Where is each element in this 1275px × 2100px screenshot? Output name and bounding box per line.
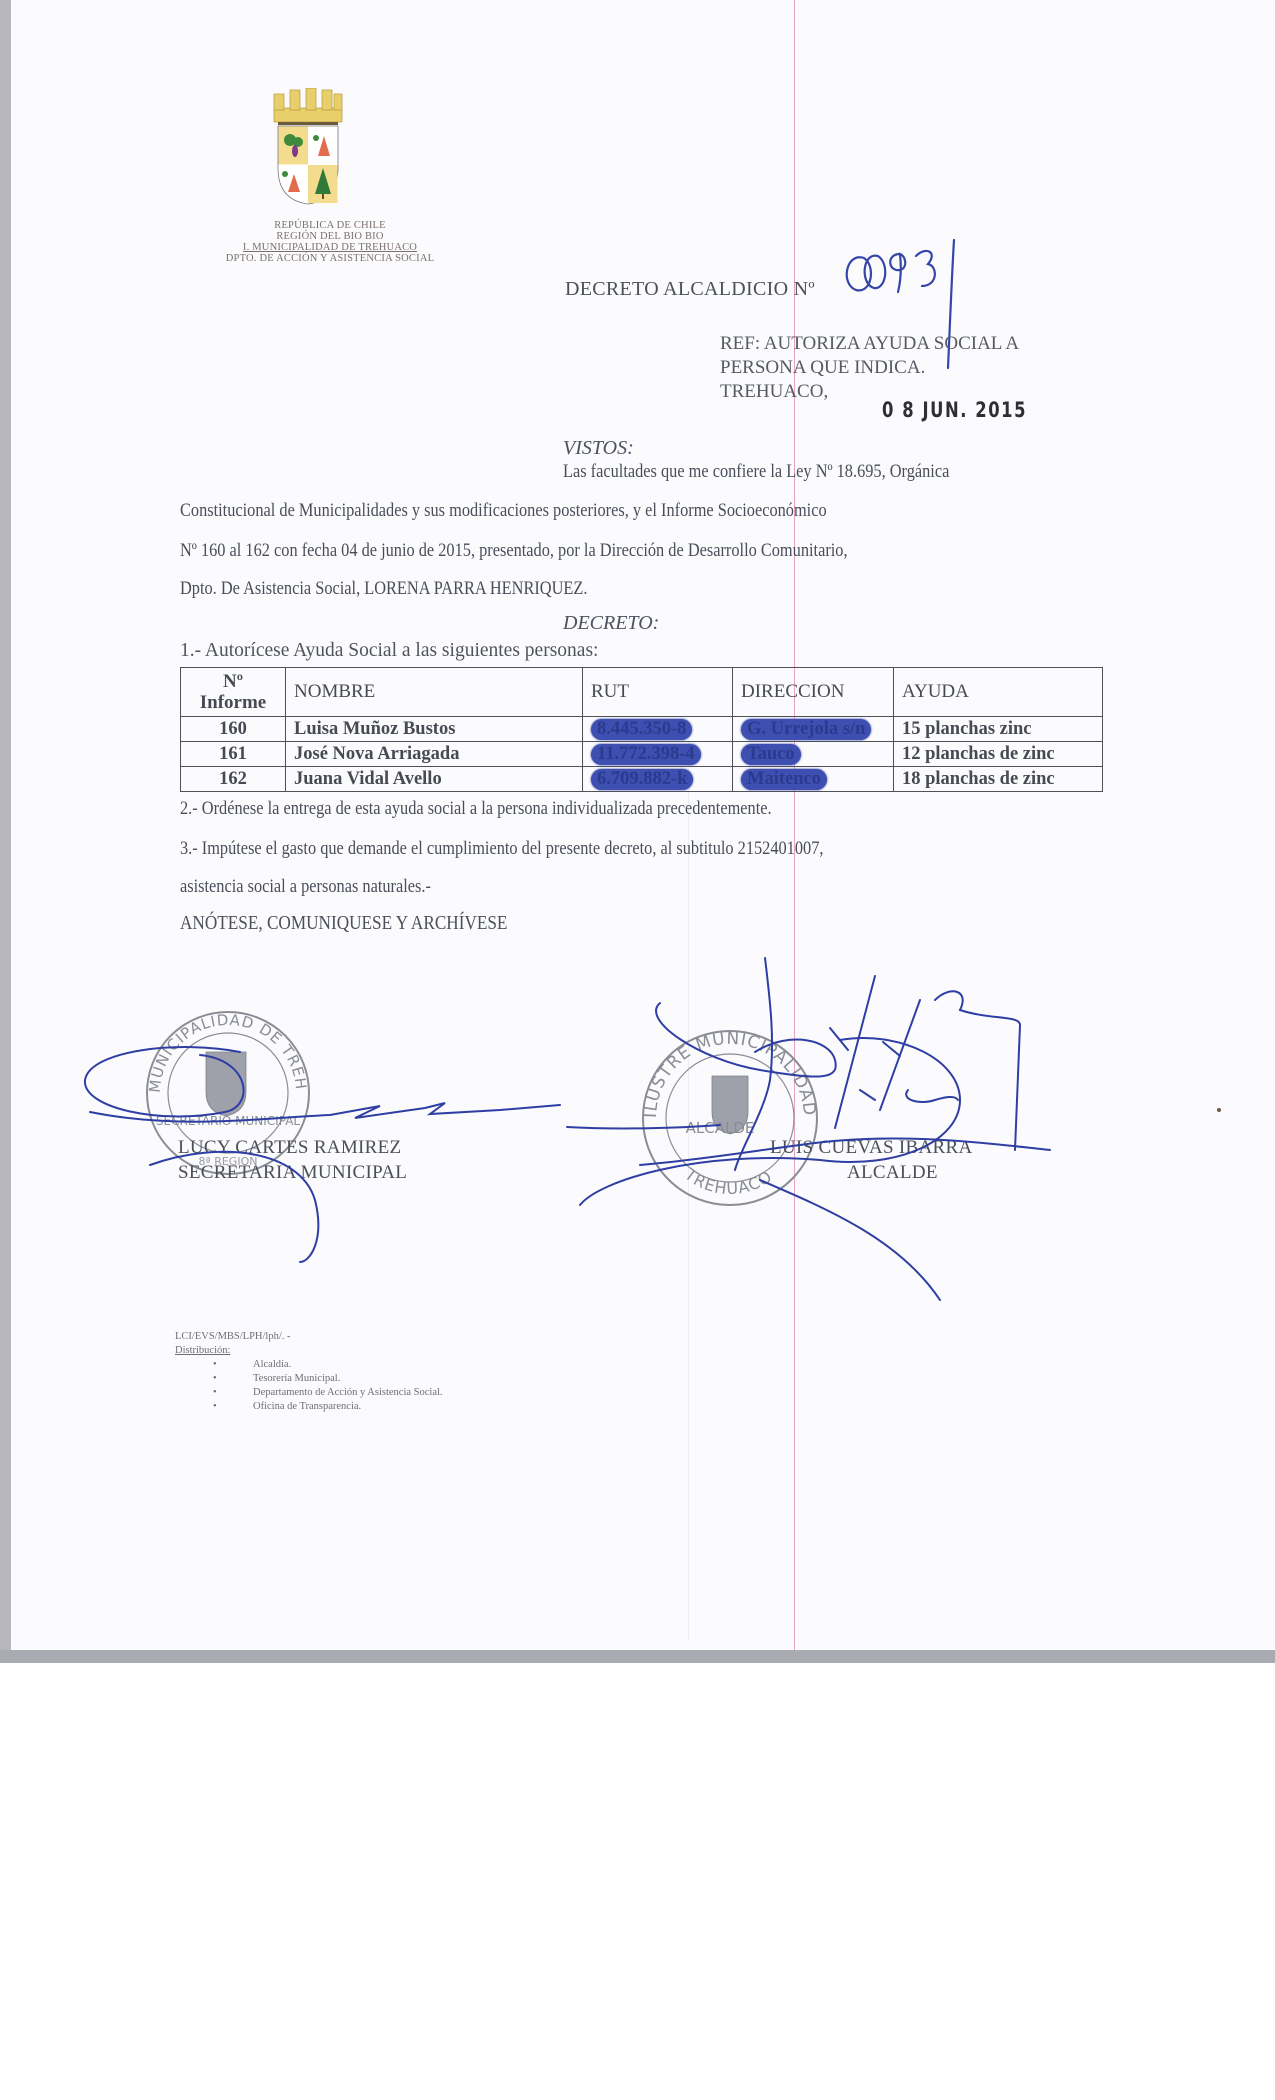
vistos-line-3: Nº 160 al 162 con fecha 04 de junio de 2… [180, 540, 848, 562]
cell-ayuda: 18 planchas de zinc [894, 767, 1103, 792]
svg-text:ILUSTRE MUNICIPALIDAD: ILUSTRE MUNICIPALIDAD [641, 1029, 819, 1118]
col-header-informe-label: Informe [185, 692, 281, 713]
cell-rut: 8.445.350-8 [583, 717, 733, 742]
col-header-informe: Nº Informe [181, 668, 286, 717]
decreto-heading: DECRETO: [563, 612, 659, 635]
footer: LCI/EVS/MBS/LPH/lph/. - Distribución: Al… [175, 1330, 443, 1414]
col-header-rut: RUT [583, 668, 733, 717]
reference-block: REF: AUTORIZA AYUDA SOCIAL A PERSONA QUE… [720, 332, 1019, 404]
cell-nombre: José Nova Arriagada [286, 742, 583, 767]
distribution-item: Alcaldía. [253, 1358, 443, 1372]
seal-mayor-center-text: ALCALDE [686, 1119, 755, 1137]
scan-speck [1217, 1108, 1221, 1112]
beneficiaries-table: Nº Informe NOMBRE RUT DIRECCION AYUDA 16… [180, 667, 1103, 792]
mayor-name: LUIS CUEVAS IBARRA [770, 1137, 972, 1159]
redacted-rut: 6.709.882-k [591, 769, 693, 790]
col-header-no: Nº [185, 671, 281, 692]
scan-edge-bottom [0, 1650, 1275, 1663]
vistos-line-1: Las facultades que me confiere la Ley Nº… [563, 461, 949, 483]
col-header-direccion: DIRECCION [733, 668, 894, 717]
decree-title: DECRETO ALCALDICIO Nº [565, 278, 815, 301]
redacted-rut: 8.445.350-8 [591, 719, 692, 740]
table-header-row: Nº Informe NOMBRE RUT DIRECCION AYUDA [181, 668, 1103, 717]
municipal-coat-of-arms-icon [268, 88, 348, 208]
cell-informe: 160 [181, 717, 286, 742]
ref-line-1: REF: AUTORIZA AYUDA SOCIAL A [720, 332, 1019, 356]
letterhead-department: DPTO. DE ACCIÓN Y ASISTENCIA SOCIAL [180, 253, 480, 264]
distribution-item: Departamento de Acción y Asistencia Soci… [253, 1386, 443, 1400]
redacted-direccion: Maitenco [741, 769, 827, 790]
secretary-name: LUCY CARTES RAMIREZ [178, 1137, 401, 1159]
cell-informe: 162 [181, 767, 286, 792]
scan-edge-left [0, 0, 11, 1662]
cell-direccion: Maitenco [733, 767, 894, 792]
redacted-direccion: Tauco [741, 744, 801, 765]
svg-text:TREHUACO: TREHUACO [680, 1164, 775, 1198]
cell-direccion: G. Urrejola s/n [733, 717, 894, 742]
col-header-ayuda: AYUDA [894, 668, 1103, 717]
ref-line-2: PERSONA QUE INDICA. [720, 356, 1019, 380]
letterhead-municipality: I. MUNICIPALIDAD DE TREHUACO [180, 242, 480, 253]
vistos-line-2: Constitucional de Municipalidades y sus … [180, 500, 827, 522]
seal-secretary-center-text: SECRETARIO MUNICIPAL [156, 1114, 300, 1128]
redacted-direccion: G. Urrejola s/n [741, 719, 871, 740]
distribution-item: Oficina de Transparencia. [253, 1400, 443, 1414]
decreto-item-1: 1.- Autorícese Ayuda Social a las siguie… [180, 640, 598, 662]
table-row: 160 Luisa Muñoz Bustos 8.445.350-8 G. Ur… [181, 717, 1103, 742]
secretary-role: SECRETARIA MUNICIPAL [178, 1162, 407, 1184]
cell-informe: 161 [181, 742, 286, 767]
date-stamp: 0 8 JUN. 2015 [882, 398, 1027, 422]
table-row: 162 Juana Vidal Avello 6.709.882-k Maite… [181, 767, 1103, 792]
cell-rut: 6.709.882-k [583, 767, 733, 792]
redacted-rut: 11.772.398-4 [591, 744, 701, 765]
letterhead-country: REPÚBLICA DE CHILE [180, 220, 480, 231]
mayor-role: ALCALDE [847, 1162, 938, 1184]
cell-nombre: Luisa Muñoz Bustos [286, 717, 583, 742]
decreto-item-2: 2.- Ordénese la entrega de esta ayuda so… [180, 798, 772, 820]
cell-direccion: Tauco [733, 742, 894, 767]
cell-nombre: Juana Vidal Avello [286, 767, 583, 792]
scan-artifact-line [794, 0, 795, 1662]
closing-formula: ANÓTESE, COMUNIQUESE Y ARCHÍVESE [180, 912, 507, 935]
scanned-page: REPÚBLICA DE CHILE REGIÓN DEL BIO BIO I.… [0, 0, 1275, 1662]
cell-rut: 11.772.398-4 [583, 742, 733, 767]
vistos-heading: VISTOS: [563, 437, 634, 460]
seal-mayor-bottom-text: TREHUACO [680, 1164, 775, 1198]
seal-mayor-top-text: ILUSTRE MUNICIPALIDAD [641, 1029, 819, 1118]
decreto-item-3-line-2: asistencia social a personas naturales.- [180, 876, 431, 898]
letterhead-region: REGIÓN DEL BIO BIO [180, 231, 480, 242]
initials-reference: LCI/EVS/MBS/LPH/lph/. - [175, 1330, 443, 1344]
scan-artifact-faint-line [688, 740, 689, 1640]
letterhead: REPÚBLICA DE CHILE REGIÓN DEL BIO BIO I.… [180, 220, 480, 264]
distribution-label: Distribución: [175, 1344, 443, 1358]
table-row: 161 José Nova Arriagada 11.772.398-4 Tau… [181, 742, 1103, 767]
decreto-item-3-line-1: 3.- Impútese el gasto que demande el cum… [180, 838, 823, 860]
distribution-list: Alcaldía. Tesorería Municipal. Departame… [175, 1358, 443, 1414]
cell-ayuda: 12 planchas de zinc [894, 742, 1103, 767]
vistos-line-4: Dpto. De Asistencia Social, LORENA PARRA… [180, 578, 587, 600]
col-header-nombre: NOMBRE [286, 668, 583, 717]
cell-ayuda: 15 planchas zinc [894, 717, 1103, 742]
distribution-item: Tesorería Municipal. [253, 1372, 443, 1386]
